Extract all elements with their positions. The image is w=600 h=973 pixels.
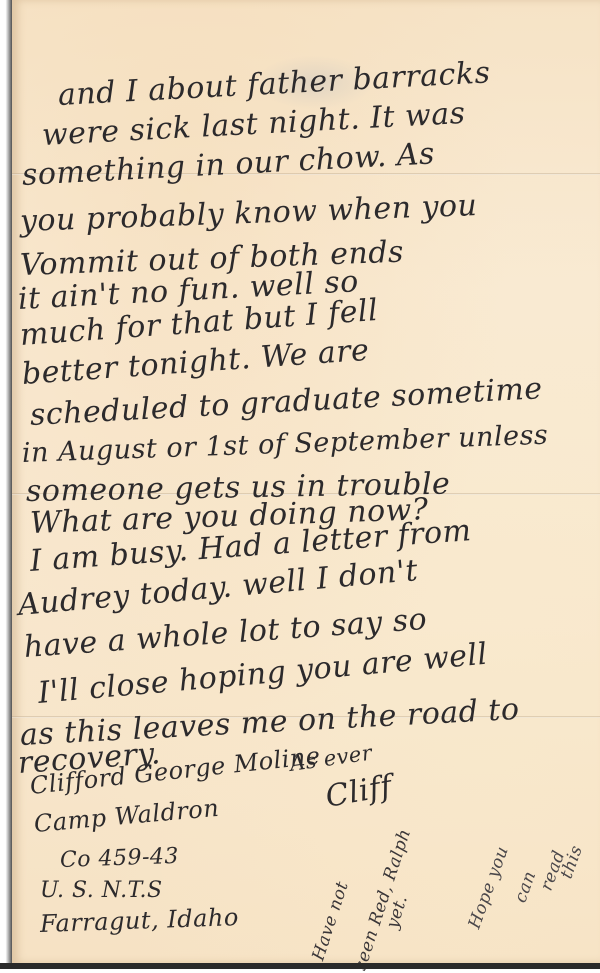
return-address-station: U. S. N.T.S [40,878,163,903]
scanned-letter-page: and I about father barracks were sick la… [0,0,600,969]
return-address-company: Co 459-43 [60,844,180,873]
scan-bottom-edge [0,963,600,969]
